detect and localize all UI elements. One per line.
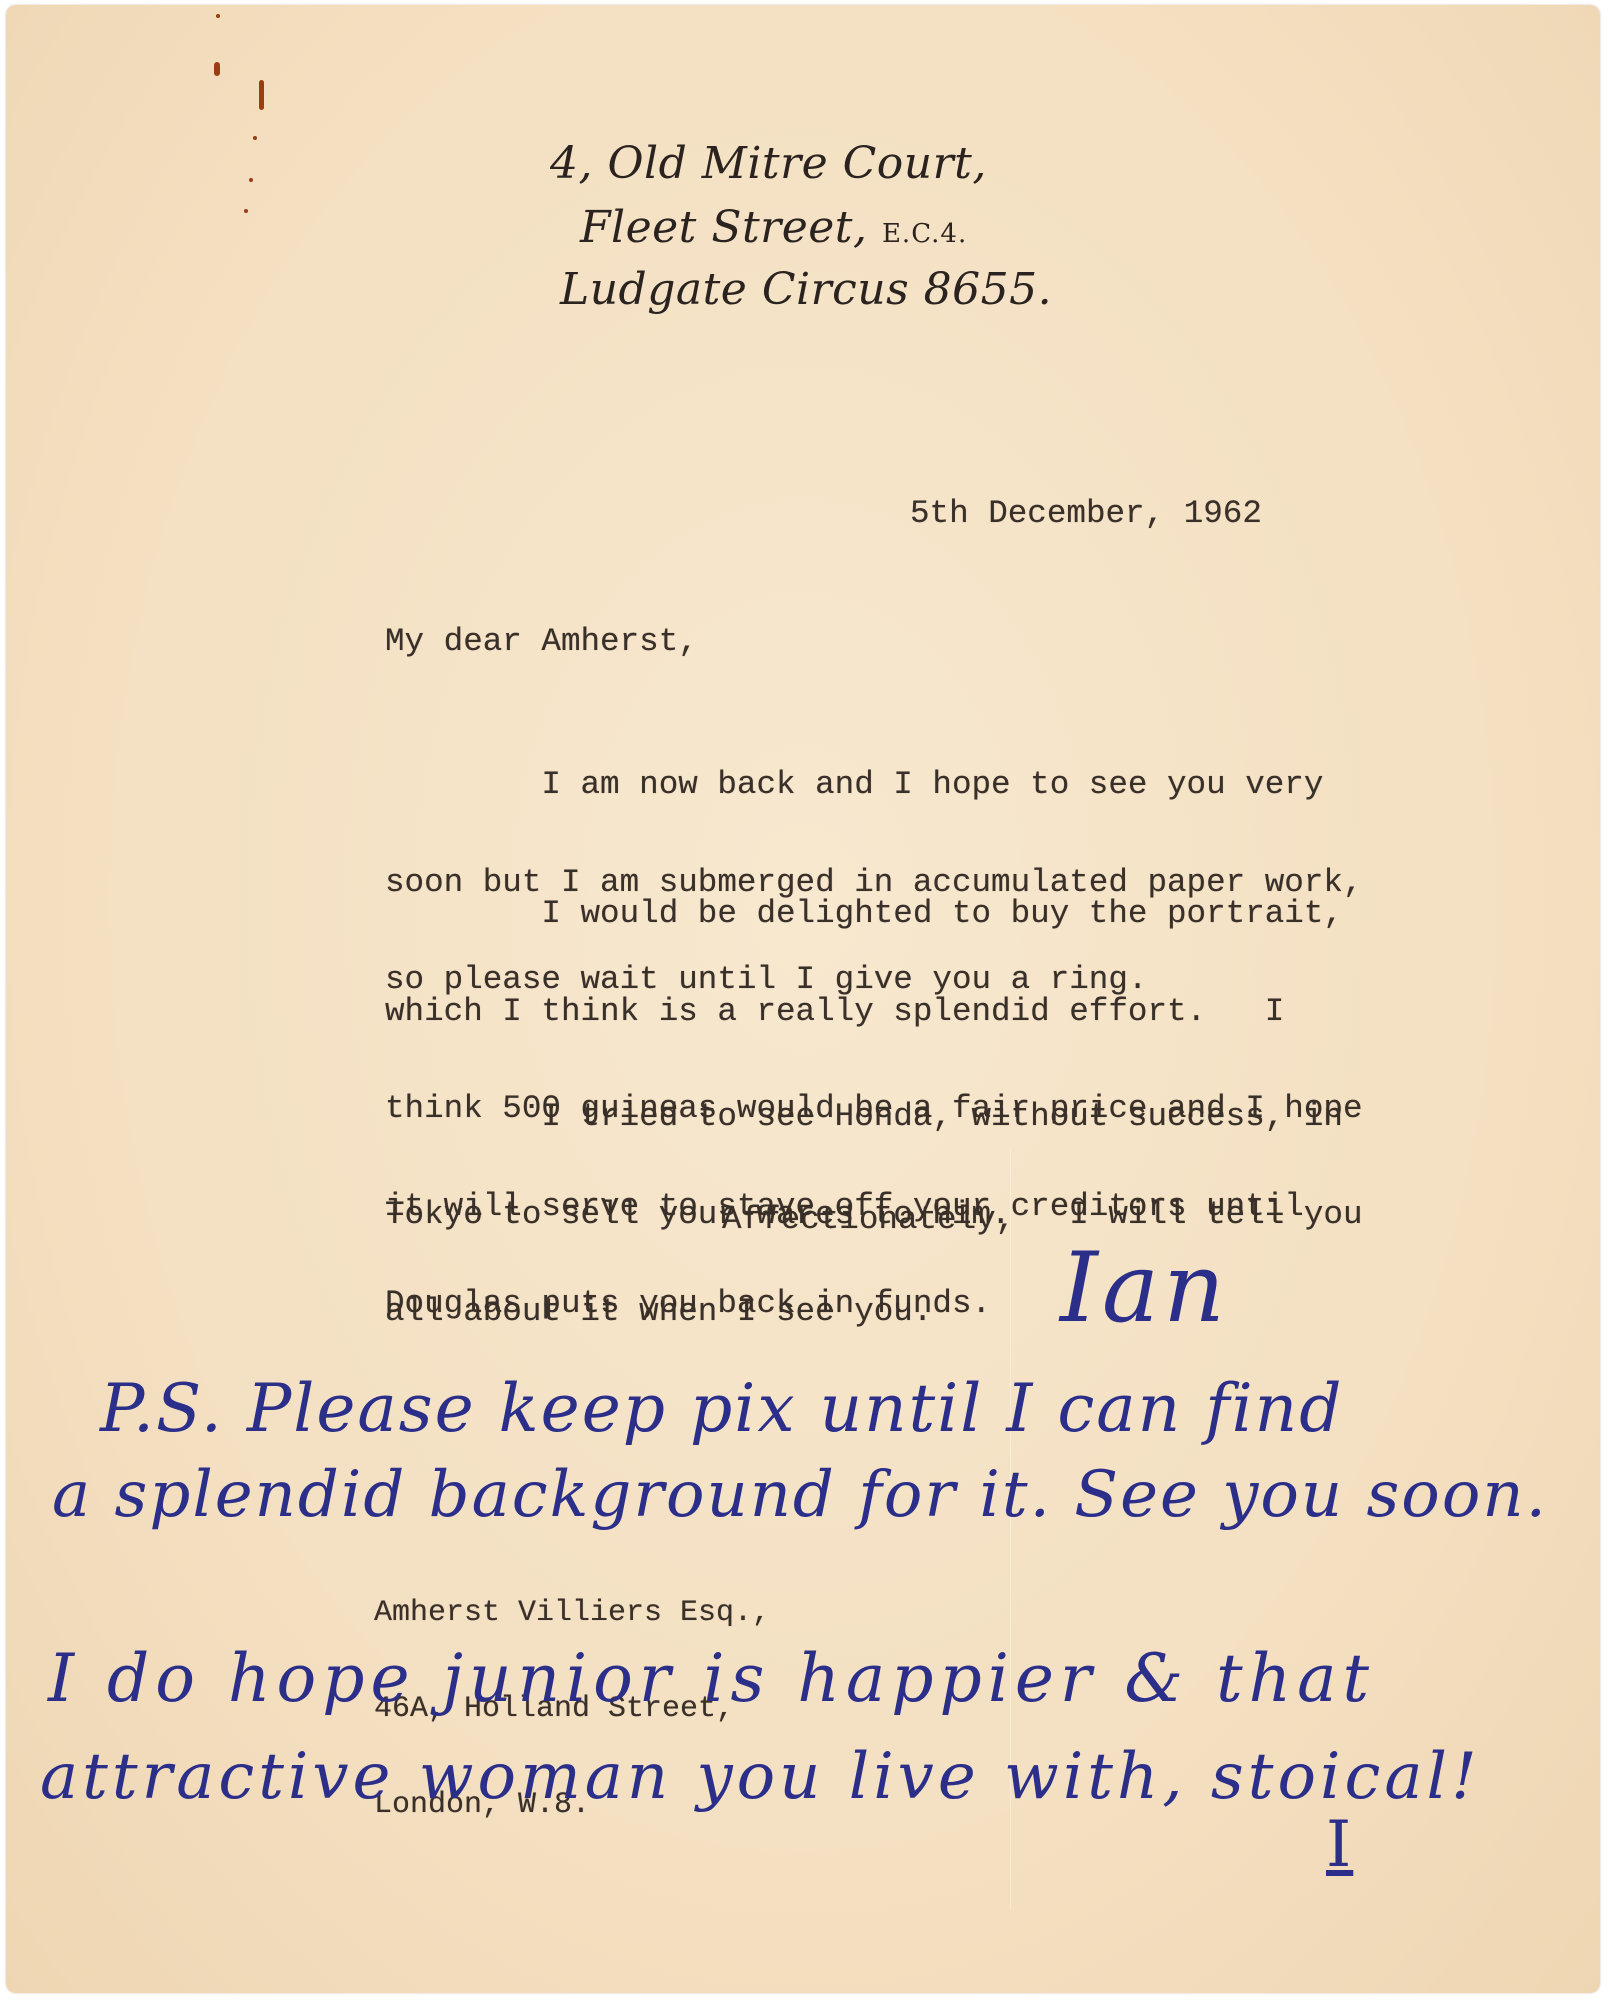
postscript-line: I do hope junior is happier & that bbox=[48, 1640, 1375, 1717]
body-line: I would be delighted to buy the portrait… bbox=[385, 898, 1363, 931]
closing: Affectionately, bbox=[722, 1204, 1015, 1237]
rust-mark bbox=[253, 136, 257, 140]
signature: Ian bbox=[1060, 1232, 1229, 1344]
salutation: My dear Amherst, bbox=[385, 626, 698, 659]
body-line: which I think is a really splendid effor… bbox=[385, 996, 1363, 1029]
rust-mark bbox=[259, 80, 264, 110]
postscript-line: attractive woman you live with, stoical! bbox=[40, 1740, 1481, 1814]
body-line: I am now back and I hope to see you very bbox=[385, 769, 1363, 802]
postscript-line: P.S. Please keep pix until I can find bbox=[100, 1370, 1343, 1447]
letterhead-address-line: 4, Old Mitre Court, bbox=[550, 138, 987, 189]
rust-mark bbox=[249, 178, 253, 182]
rust-mark bbox=[214, 62, 220, 76]
postscript-initial: I bbox=[1326, 1808, 1353, 1882]
rust-mark bbox=[216, 14, 220, 18]
letterhead-postcode: E.C.4. bbox=[882, 219, 967, 249]
letterhead-street: Fleet Street, bbox=[580, 202, 867, 253]
rust-mark bbox=[244, 209, 248, 213]
recipient-line: Amherst Villiers Esq., bbox=[374, 1597, 770, 1629]
letter-date: 5th December, 1962 bbox=[910, 498, 1262, 531]
letterhead-phone-line: Ludgate Circus 8655. bbox=[560, 264, 1052, 315]
postscript-line: a splendid background for it. See you so… bbox=[52, 1458, 1548, 1532]
letterhead-street-line: Fleet Street, E.C.4. bbox=[580, 202, 967, 253]
body-line: I tried to see Honda, without success, i… bbox=[385, 1101, 1363, 1134]
